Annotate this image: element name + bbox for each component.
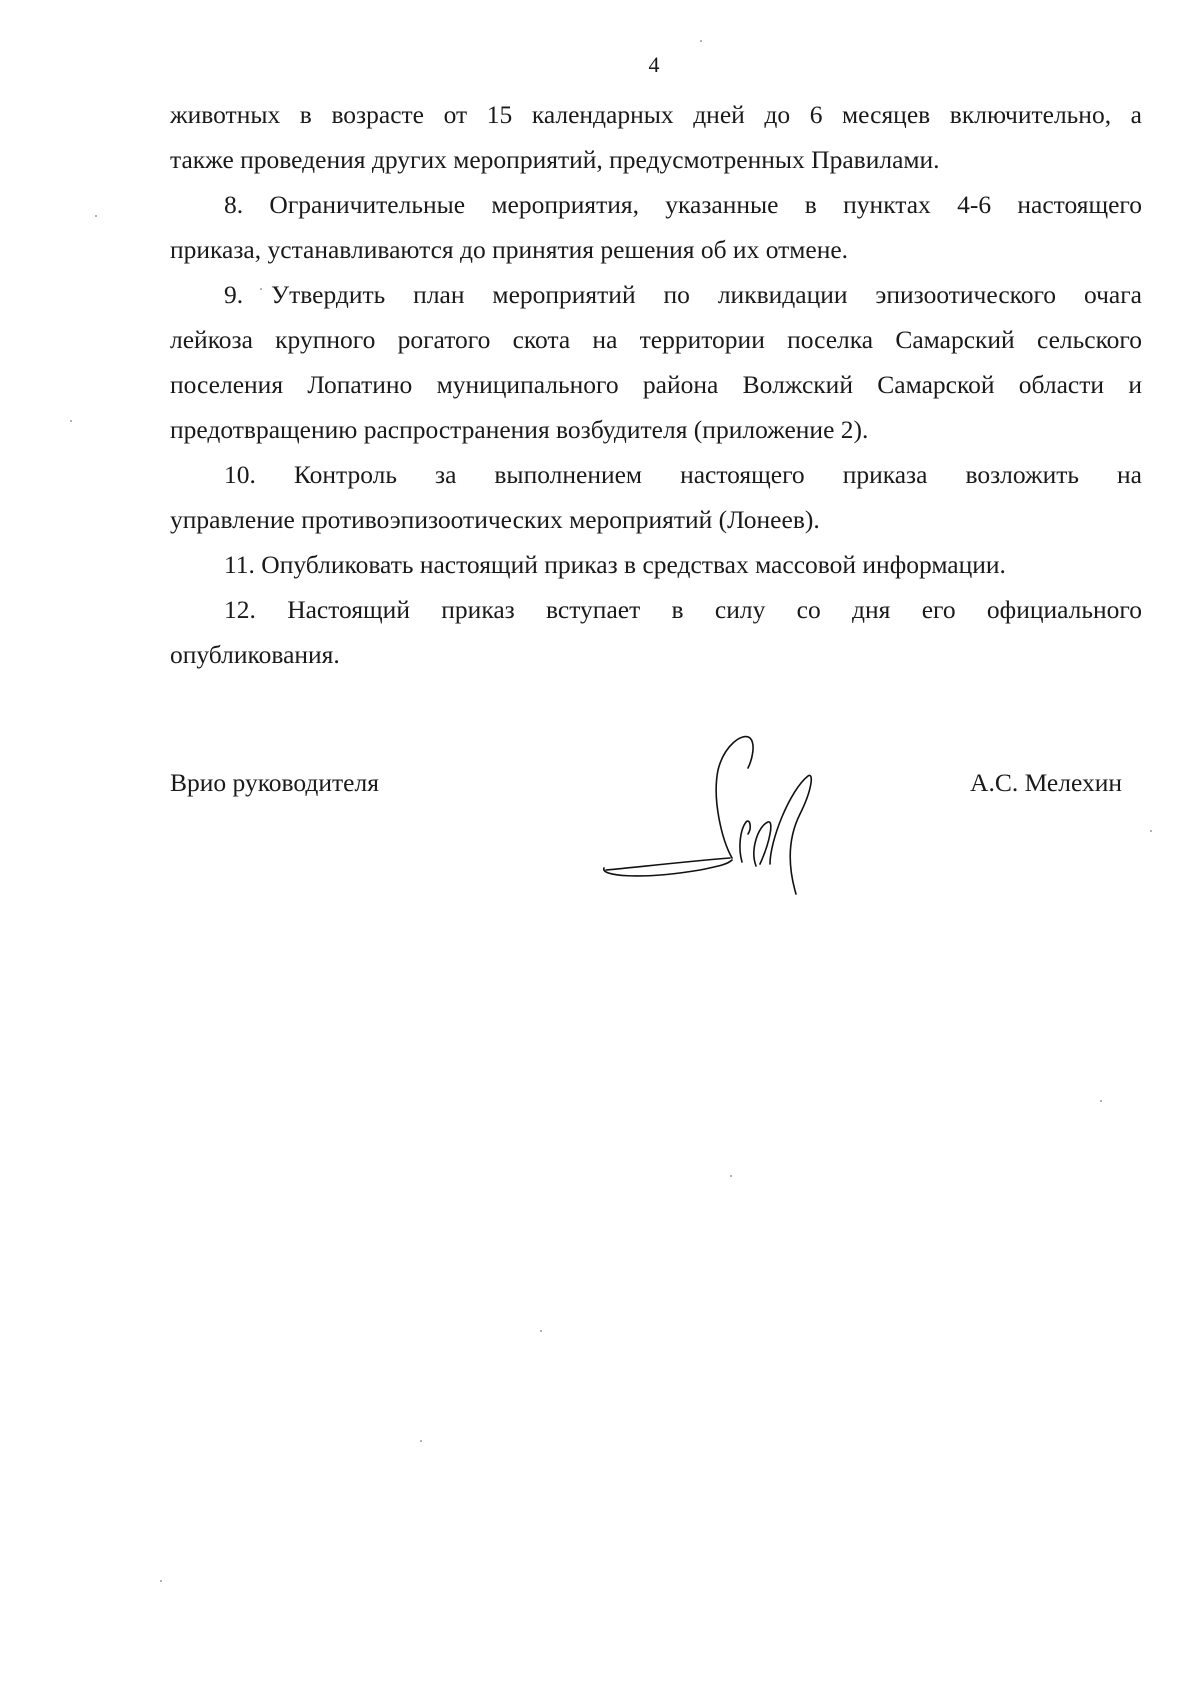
scan-speck [730,1175,732,1177]
scan-speck [1100,1100,1102,1102]
scan-speck [1150,830,1152,832]
document-body: животных в возрасте от 15 календарных дн… [170,92,1142,677]
text-line: 9. Утвердить план мероприятий по ликвида… [170,272,1142,317]
text-line: опубликования. [170,632,1142,677]
text-line: приказа, устанавливаются до принятия реш… [170,227,1142,272]
text-line: лейкоза крупного рогатого скота на терри… [170,317,1142,362]
text-line: животных в возрасте от 15 календарных дн… [170,92,1142,137]
page-number: 4 [54,52,1200,78]
text-line: 8. Ограничительные мероприятия, указанны… [170,182,1142,227]
signatory-title: Врио руководителя [170,768,379,798]
scan-speck [540,1330,542,1332]
text-line: 10. Контроль за выполнением настоящего п… [170,452,1142,497]
text-line: управление противоэпизоотических меропри… [170,497,1142,542]
scan-speck [70,420,72,422]
text-line: также проведения других мероприятий, пре… [170,137,1142,182]
text-line: 12. Настоящий приказ вступает в силу со … [170,587,1142,632]
signatory-name: А.С. Мелехин [970,768,1122,798]
text-line: предотвращению распространения возбудите… [170,407,1142,452]
text-line: 11. Опубликовать настоящий приказ в сред… [170,542,1142,587]
text-line: поселения Лопатино муниципального района… [170,362,1142,407]
scan-speck [260,288,262,290]
scan-speck [420,1440,422,1442]
scan-speck [95,215,97,217]
signature-icon [600,730,860,900]
scan-speck [700,40,702,42]
scan-speck [160,1580,162,1582]
